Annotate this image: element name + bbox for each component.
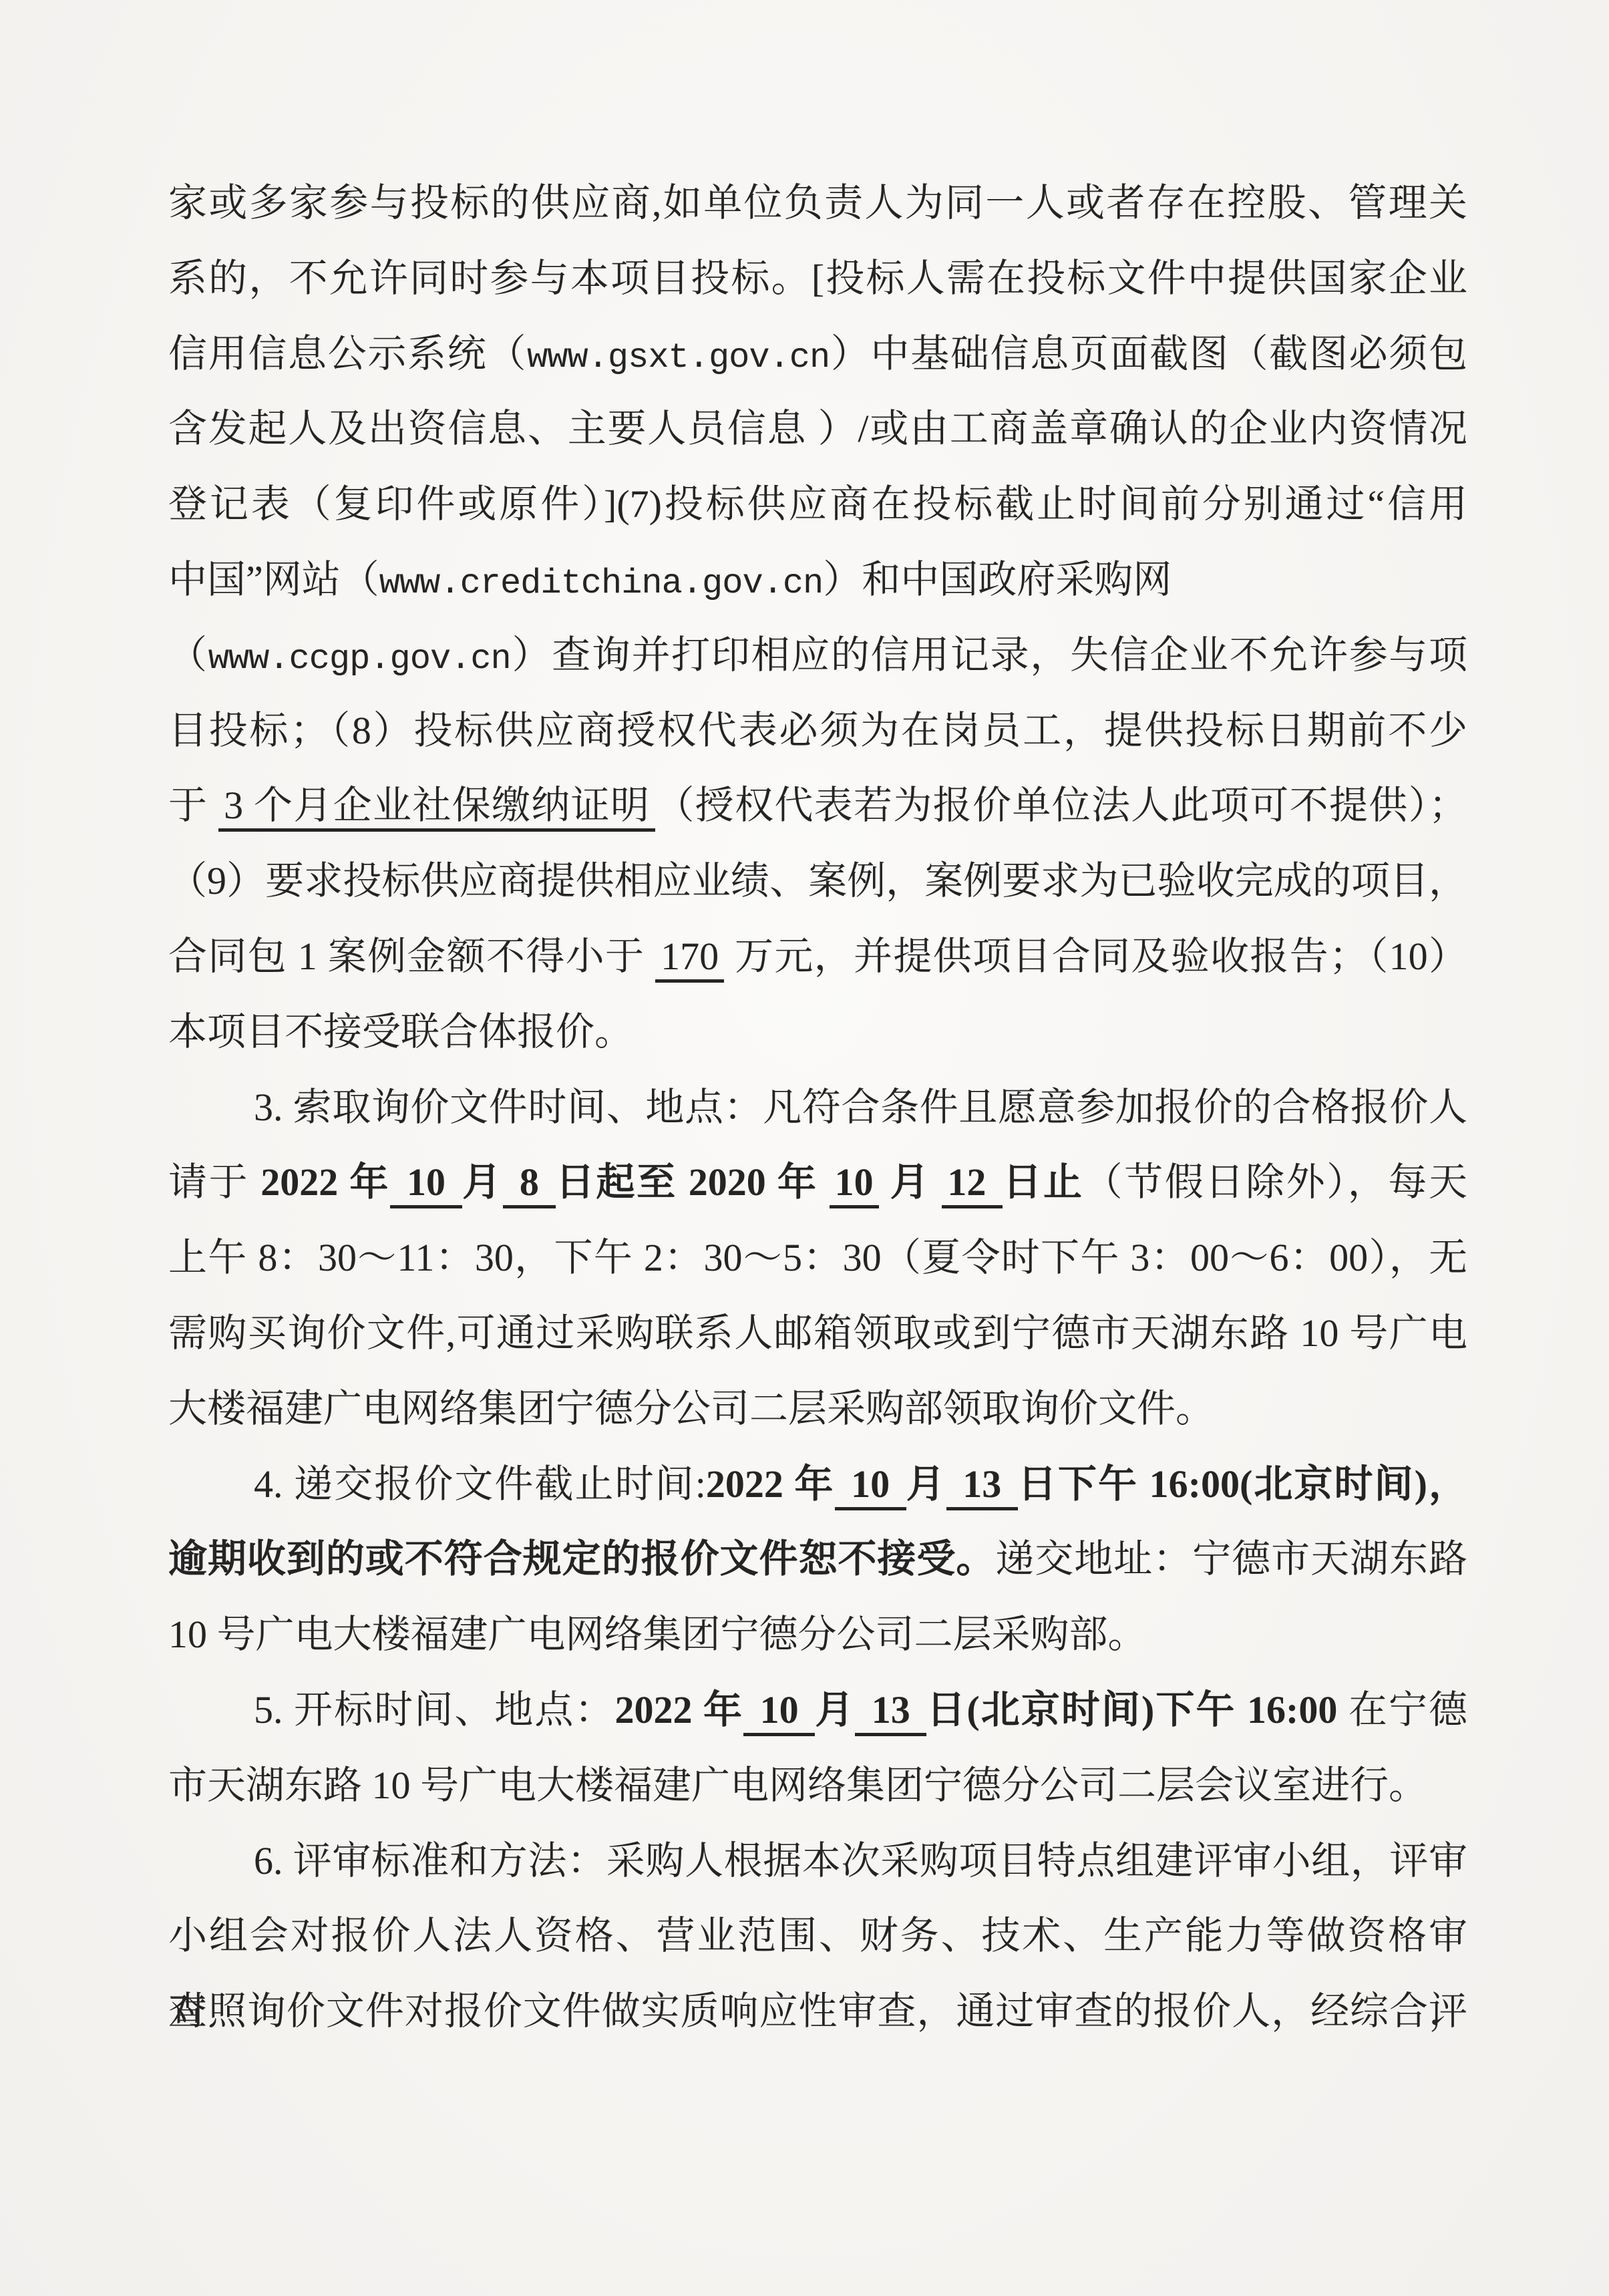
filled-blank-underline: 13 xyxy=(946,1462,1018,1510)
url-text: www.gsxt.gov.cn xyxy=(527,338,830,377)
text-line: 合同包 1 案例金额不得小于 170 万元，并提供项目合同及验收报告；（10） xyxy=(168,919,1467,995)
text-run: 月 xyxy=(462,1160,503,1204)
text-run: 日止 xyxy=(1003,1160,1083,1204)
text-run: 2022 年 xyxy=(614,1688,743,1732)
text-run: 2022 年 xyxy=(706,1462,835,1506)
text-run: 月 xyxy=(906,1462,946,1506)
text-run: 信用信息公示系统（ xyxy=(168,332,527,375)
text-line: 目投标；（8）投标供应商授权代表必须为在岗员工，提供投标日期前不少 xyxy=(168,693,1467,769)
text-line: 3. 索取询价文件时间、地点：凡符合条件且愿意参加报价的合格报价人 xyxy=(168,1070,1467,1146)
text-run: 需购买询价文件,可通过采购联系人邮箱领取或到宁德市天湖东路 10 号广电 xyxy=(168,1311,1467,1355)
scanned-document-page: 家或多家参与投标的供应商,如单位负责人为同一人或者存在控股、管理关系的，不允许同… xyxy=(0,0,1609,2296)
text-run: 2022 年 xyxy=(260,1160,390,1204)
document-text: 家或多家参与投标的供应商,如单位负责人为同一人或者存在控股、管理关系的，不允许同… xyxy=(168,166,1467,2049)
text-run: 合同包 1 案例金额不得小于 xyxy=(168,935,655,978)
text-line: （www.ccgp.gov.cn）查询并打印相应的信用记录，失信企业不允许参与项 xyxy=(168,618,1467,693)
text-run: 本项目不接受联合体报价。 xyxy=(168,1010,633,1053)
text-run: （节假日除外），每天 xyxy=(1084,1160,1467,1204)
filled-blank-underline: 10 xyxy=(743,1688,815,1736)
text-line: 家或多家参与投标的供应商,如单位负责人为同一人或者存在控股、管理关 xyxy=(168,166,1467,241)
text-run: 目投标；（8）投标供应商授权代表必须为在岗员工，提供投标日期前不少 xyxy=(168,709,1467,752)
text-line: 信用信息公示系统（www.gsxt.gov.cn）中基础信息页面截图（截图必须包 xyxy=(168,317,1467,392)
text-line: 5. 开标时间、地点：2022 年 10 月 13 日(北京时间)下午 16:0… xyxy=(168,1673,1467,1748)
text-line: 上午 8：30～11：30，下午 2：30～5：30（夏令时下午 3：00～6：… xyxy=(168,1220,1467,1296)
text-line: 10 号广电大楼福建广电网络集团宁德分公司二层采购部。 xyxy=(168,1597,1467,1673)
text-run: 对照询价文件对报价文件做实质响应性审查，通过审查的报价人，经综合评 xyxy=(168,1989,1467,2033)
text-run: 6. 评审标准和方法：采购人根据本次采购项目特点组建评审小组，评审 xyxy=(254,1839,1467,1882)
text-run: 上午 8：30～11：30，下午 2：30～5：30（夏令时下午 3：00～6：… xyxy=(168,1236,1467,1279)
text-line: 中国”网站（www.creditchina.gov.cn）和中国政府采购网 xyxy=(168,542,1467,618)
text-run: 递交地址：宁德市天湖东路 xyxy=(995,1537,1467,1581)
text-line: 小组会对报价人法人资格、营业范围、财务、技术、生产能力等做资格审查， xyxy=(168,1899,1467,1974)
text-run: （ xyxy=(168,633,208,677)
text-run: （9）要求投标供应商提供相应业绩、案例，案例要求为已验收完成的项目， xyxy=(168,859,1467,903)
text-run: 请于 xyxy=(168,1160,260,1204)
text-line: 需购买询价文件,可通过采购联系人邮箱领取或到宁德市天湖东路 10 号广电 xyxy=(168,1296,1467,1371)
text-line: 6. 评审标准和方法：采购人根据本次采购项目特点组建评审小组，评审 xyxy=(168,1824,1467,1899)
text-run: 4. 递交报价文件截止时间: xyxy=(254,1462,706,1506)
text-run: 万元，并提供项目合同及验收报告；（10） xyxy=(724,935,1467,978)
text-run: 逾期收到的或不符合规定的报价文件恕不接受。 xyxy=(168,1537,995,1581)
text-run: （授权代表若为报价单位法人此项可不提供）； xyxy=(655,784,1467,827)
filled-blank-underline: 170 xyxy=(655,935,724,983)
text-run: 在宁德 xyxy=(1337,1688,1467,1732)
text-line: 于 3 个月企业社保缴纳证明（授权代表若为报价单位法人此项可不提供）； xyxy=(168,768,1467,844)
text-run: 家或多家参与投标的供应商,如单位负责人为同一人或者存在控股、管理关 xyxy=(168,181,1467,224)
text-line: 4. 递交报价文件截止时间:2022 年 10 月 13 日下午 16:00(北… xyxy=(168,1447,1467,1522)
text-run: 日(北京时间)下午 16:00 xyxy=(926,1688,1337,1732)
text-line: 市天湖东路 10 号广电大楼福建广电网络集团宁德分公司二层会议室进行。 xyxy=(168,1748,1467,1824)
text-run: 日下午 16:00(北京时间)， xyxy=(1018,1462,1467,1506)
text-line: 系的，不允许同时参与本项目投标。[投标人需在投标文件中提供国家企业 xyxy=(168,241,1467,317)
text-line: 对照询价文件对报价文件做实质响应性审查，通过审查的报价人，经综合评 xyxy=(168,1974,1467,2049)
filled-blank-underline: 10 xyxy=(830,1160,879,1208)
text-run: 登记表（复印件或原件）](7)投标供应商在投标截止时间前分别通过“信用 xyxy=(168,482,1467,526)
filled-blank-underline: 10 xyxy=(835,1462,906,1510)
text-run: 5. 开标时间、地点： xyxy=(254,1688,614,1732)
text-run: 3. 索取询价文件时间、地点：凡符合条件且愿意参加报价的合格报价人 xyxy=(254,1086,1467,1129)
filled-blank-underline: 13 xyxy=(855,1688,926,1736)
text-run: ）中基础信息页面截图（截图必须包 xyxy=(830,332,1467,375)
text-line: 大楼福建广电网络集团宁德分公司二层采购部领取询价文件。 xyxy=(168,1371,1467,1447)
text-run: 日起至 2020 年 xyxy=(556,1160,830,1204)
text-line: 请于 2022 年 10 月 8 日起至 2020 年 10 月 12 日止（节… xyxy=(168,1145,1467,1220)
filled-blank-underline: 8 xyxy=(503,1160,556,1208)
text-line: （9）要求投标供应商提供相应业绩、案例，案例要求为已验收完成的项目， xyxy=(168,844,1467,919)
text-run: 于 xyxy=(168,784,218,827)
text-line: 含发起人及出资信息、主要人员信息 ）/或由工商盖章确认的企业内资情况 xyxy=(168,391,1467,467)
filled-blank-underline: 10 xyxy=(390,1160,462,1208)
text-line: 本项目不接受联合体报价。 xyxy=(168,995,1467,1070)
url-text: www.creditchina.gov.cn xyxy=(379,564,824,603)
text-run: 月 xyxy=(879,1160,942,1204)
text-run: 中国”网站（ xyxy=(168,558,379,601)
text-run: 含发起人及出资信息、主要人员信息 ）/或由工商盖章确认的企业内资情况 xyxy=(168,407,1467,450)
text-run: 10 号广电大楼福建广电网络集团宁德分公司二层采购部。 xyxy=(168,1613,1147,1656)
filled-blank-underline: 3 个月企业社保缴纳证明 xyxy=(218,784,655,832)
text-run: ）查询并打印相应的信用记录，失信企业不允许参与项 xyxy=(511,633,1467,677)
text-run: 月 xyxy=(815,1688,855,1732)
text-run: ）和中国政府采购网 xyxy=(823,558,1172,601)
text-run: 市天湖东路 10 号广电大楼福建广电网络集团宁德分公司二层会议室进行。 xyxy=(168,1764,1427,1807)
url-text: www.ccgp.gov.cn xyxy=(208,639,511,679)
text-run: 大楼福建广电网络集团宁德分公司二层采购部领取询价文件。 xyxy=(168,1387,1214,1430)
text-line: 逾期收到的或不符合规定的报价文件恕不接受。递交地址：宁德市天湖东路 xyxy=(168,1522,1467,1597)
text-run: 系的，不允许同时参与本项目投标。[投标人需在投标文件中提供国家企业 xyxy=(168,257,1467,300)
filled-blank-underline: 12 xyxy=(942,1160,1003,1208)
text-line: 登记表（复印件或原件）](7)投标供应商在投标截止时间前分别通过“信用 xyxy=(168,467,1467,542)
